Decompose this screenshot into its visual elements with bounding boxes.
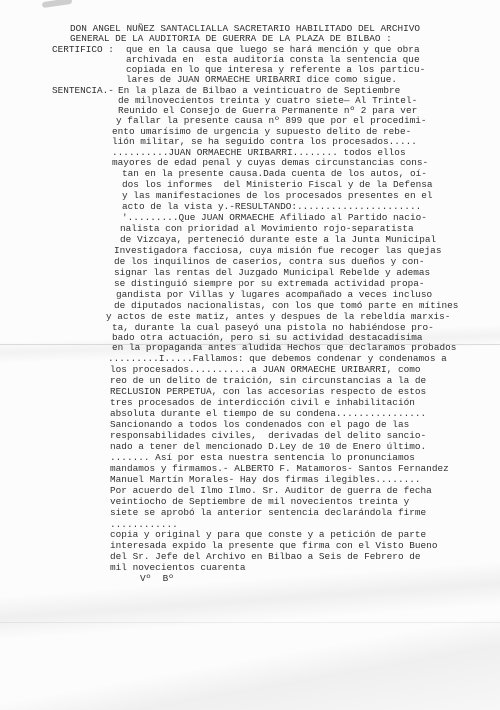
sentencia-line: y actos de este matiz, antes y despues d… bbox=[106, 312, 450, 323]
certifico-line: lares de JUAN ORMAECHE URIBARRI dice com… bbox=[126, 75, 397, 86]
sentencia-line: tres procesados de interdicción civil e … bbox=[110, 398, 415, 409]
sentencia-line: absoluta durante el tiempo de su condena… bbox=[110, 409, 426, 420]
sentencia-line: mil novecientos cuarenta bbox=[110, 563, 246, 574]
sentencia-line: los procesados...........a JUAN ORMAECHE… bbox=[110, 365, 421, 376]
sentencia-line: Sancionando a todos los condenados con e… bbox=[110, 420, 409, 431]
sentencia-line: .........I.....Fallamos: que debemos con… bbox=[108, 354, 447, 365]
ink-smudge bbox=[42, 0, 73, 8]
sentencia-line: copia y original y para que conste y a p… bbox=[110, 530, 426, 541]
sentencia-line: nado a tener del mencionado D.Ley de 10 … bbox=[110, 442, 426, 453]
sentencia-line: interesada expido la presente que firma … bbox=[110, 541, 437, 552]
sentencia-line: Por acuerdo del Ilmo Ilmo. Sr. Auditor d… bbox=[110, 486, 432, 497]
certifico-label: CERTIFICO : bbox=[52, 45, 114, 56]
sentencia-line: mayores de edad penal y cuyas demas circ… bbox=[112, 158, 428, 169]
visto-bueno-mark: Vº Bº bbox=[140, 574, 174, 585]
sentencia-line: en la propaganda antes aludida Hechos qu… bbox=[112, 343, 456, 354]
sentencia-line: siete se aprobó la anterior sentencia de… bbox=[110, 508, 426, 519]
sentencia-line: dos los informes del Ministerio Fiscal y… bbox=[122, 180, 433, 191]
sentencia-line: lión militar, se ha seguido contra los p… bbox=[112, 137, 417, 148]
sentencia-line: gandista por Villas y lugares acompañado… bbox=[116, 290, 432, 301]
sentencia-line: de diputados nacionalistas, con los que … bbox=[114, 301, 458, 312]
sentencia-line: RECLUSION PERPETUA, con las accesorias r… bbox=[110, 387, 426, 398]
sentencia-line: Manuel Martín Morales- Hay dos firmas il… bbox=[110, 475, 421, 486]
sentencia-line: signar las rentas del Juzgado Municipal … bbox=[114, 268, 430, 279]
sentencia-line: acto de la vista y.-RESULTANDO:.........… bbox=[122, 202, 421, 213]
sentencia-line: reo de un delito de traición, sin circun… bbox=[110, 376, 426, 387]
sentencia-line: del Sr. Jefe del Archivo en Bilbao a Sei… bbox=[110, 552, 421, 563]
sentencia-line: se distinguió siempre por su extremada a… bbox=[114, 279, 425, 290]
header-line-2: GENERAL DE LA AUDITORIA DE GUERRA DE LA … bbox=[70, 34, 392, 45]
sentencia-line: de los inquilinos de caserios, contra su… bbox=[114, 257, 425, 268]
sentencia-line: nalista con prioridad al Movimiento rojo… bbox=[120, 224, 414, 235]
scanned-page: DON ANGEL NUÑEZ SANTACLIALLA SACRETARIO … bbox=[0, 0, 500, 710]
sentencia-line: '.........Que JUAN ORMAECHE Afiliado al … bbox=[122, 213, 427, 224]
sentencia-line: mandamos y firmamos.- ALBERTO F. Matamor… bbox=[110, 464, 449, 475]
sentencia-line: Investigadora facciosa, cuya misión fue … bbox=[114, 246, 441, 257]
sentencia-line: y las manifestaciones de los procesados … bbox=[122, 191, 433, 202]
sentencia-label: SENTENCIA.- bbox=[52, 86, 114, 97]
sentencia-line: ....... Así por esta nuestra sentencia l… bbox=[110, 453, 415, 464]
page-fold-line bbox=[0, 622, 500, 623]
sentencia-line: tan en la presente causa.Dada cuenta de … bbox=[122, 169, 427, 180]
sentencia-line: responsabilidades civiles, derivadas del… bbox=[110, 431, 426, 442]
sentencia-line: veintiocho de Septiembre de mil novecien… bbox=[110, 497, 409, 508]
sentencia-line: de Vizcaya, perteneció durante este a la… bbox=[120, 235, 436, 246]
sentencia-line: y fallar la presente causa nº 899 que po… bbox=[116, 116, 427, 127]
